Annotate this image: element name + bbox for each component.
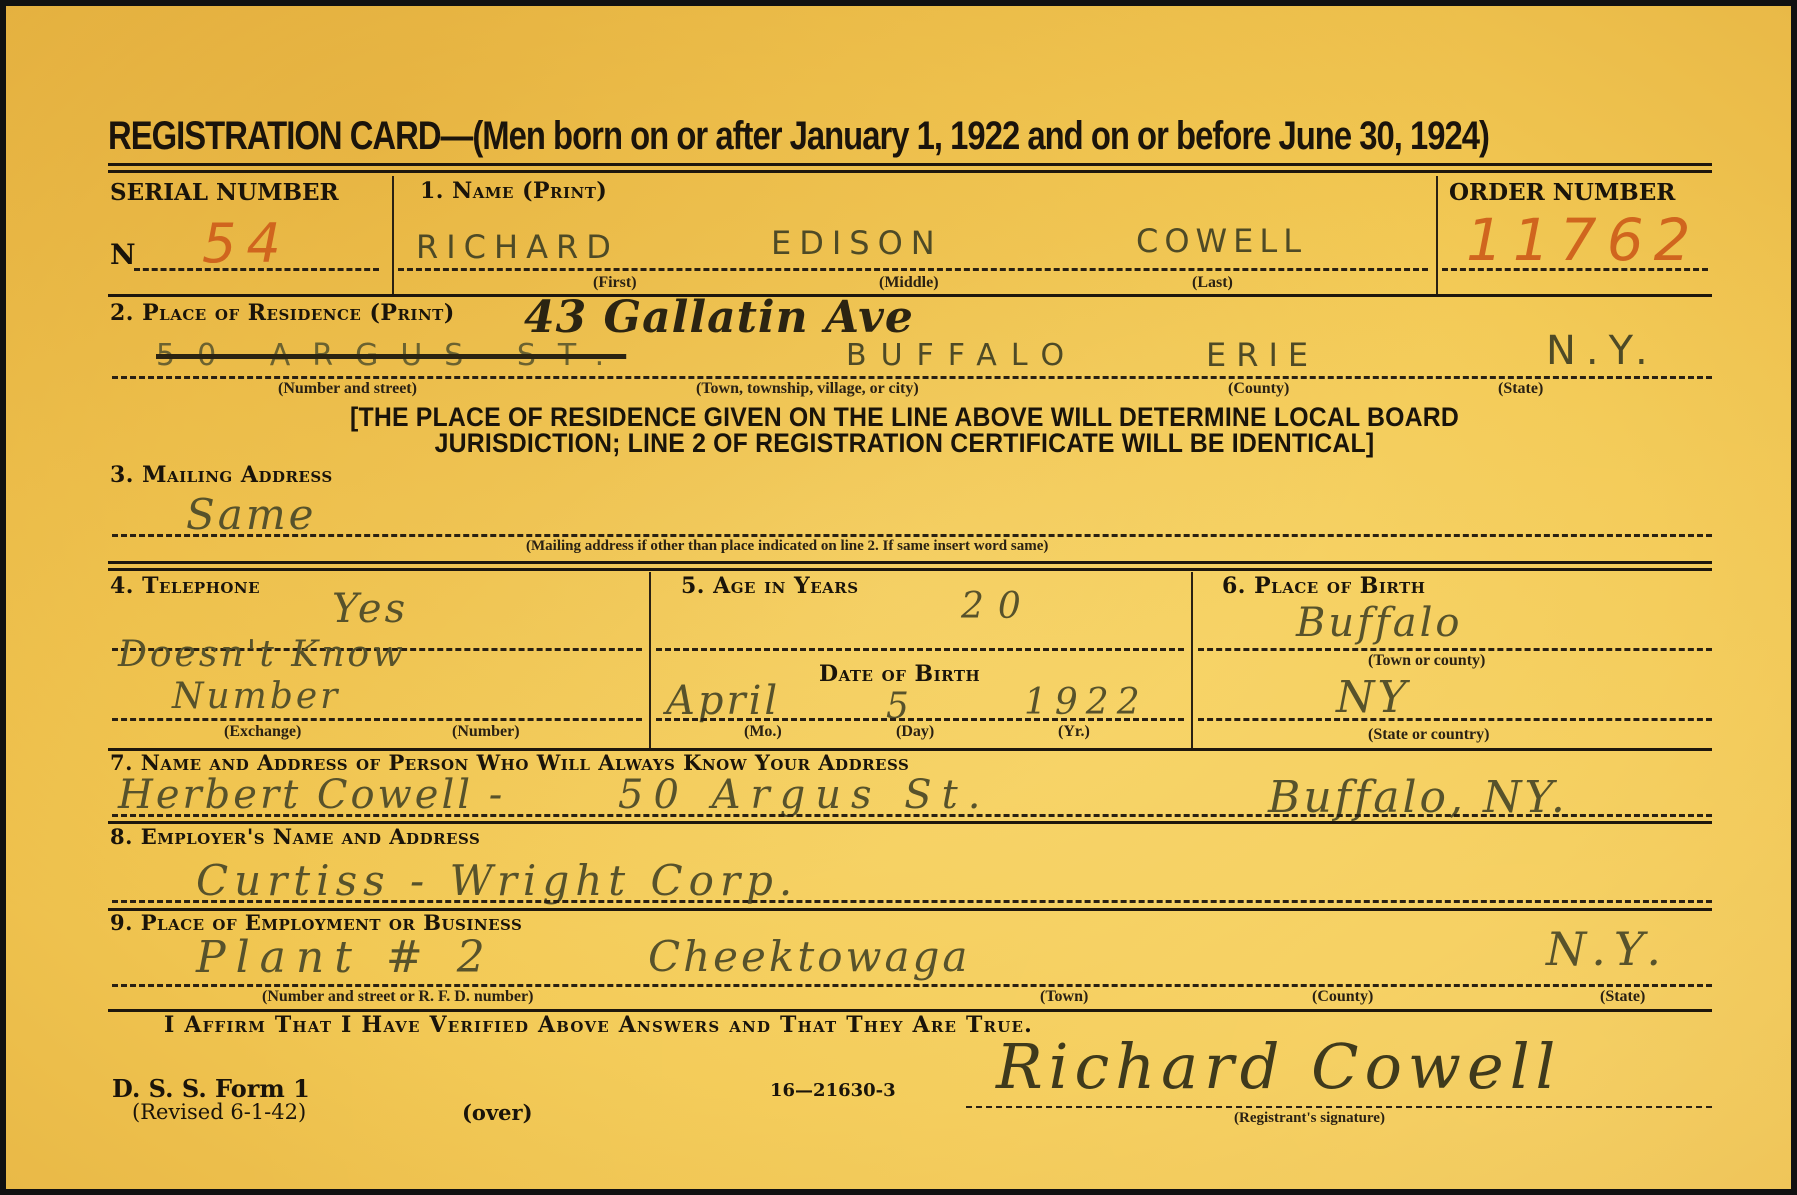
employment-town-value: Cheektowaga [648, 932, 970, 981]
telephone-value-line3: Number [172, 676, 340, 717]
order-number-value: 11762 [1466, 206, 1701, 274]
contact-address-value: 50 Argus St. [618, 772, 990, 818]
signature-caption: (Registrant's signature) [1234, 1110, 1385, 1127]
column-divider [392, 176, 394, 294]
employer-line [112, 900, 1712, 903]
employment-state-caption: (State) [1600, 988, 1645, 1006]
divider [108, 568, 1712, 571]
employment-street-value: Plant # 2 [196, 932, 495, 983]
exchange-caption: (Exchange) [224, 723, 301, 741]
employment-street-caption: (Number and street or R. F. D. number) [262, 988, 533, 1006]
last-caption: (Last) [1192, 274, 1233, 292]
last-name-value: COWELL [1136, 222, 1307, 260]
first-name-value: RICHARD [416, 228, 619, 266]
employer-value: Curtiss - Wright Corp. [196, 856, 798, 905]
form-revised: (Revised 6-1-42) [132, 1100, 306, 1124]
birthplace-label: 6. Place of Birth [1222, 573, 1425, 599]
serial-prefix: N [110, 238, 136, 271]
serial-number-label: SERIAL NUMBER [110, 179, 339, 206]
birthplace-state-value: NY [1336, 672, 1410, 723]
employment-state-value: N.Y. [1546, 922, 1669, 976]
employer-label: 8. Employer's Name and Address [110, 824, 480, 849]
middle-name-value: EDISON [771, 224, 943, 262]
telephone-line [112, 718, 642, 721]
age-line [656, 648, 1184, 651]
birthplace-town-caption: (Town or county) [1368, 652, 1485, 670]
middle-caption: (Middle) [879, 274, 939, 292]
residence-street-corrected: 43 Gallatin Ave [524, 292, 914, 343]
birthplace-line [1198, 718, 1712, 721]
birthplace-state-caption: (State or country) [1368, 726, 1489, 744]
divider [108, 170, 1712, 173]
registration-card: REGISTRATION CARD—(Men born on or after … [6, 6, 1791, 1189]
employment-line [112, 984, 1712, 987]
contact-line [112, 814, 1712, 817]
month-caption: (Mo.) [744, 723, 782, 741]
day-caption: (Day) [896, 723, 934, 741]
jurisdiction-notice-line2: JURISDICTION; LINE 2 OF REGISTRATION CER… [78, 428, 1731, 459]
town-caption: (Town, township, village, or city) [696, 380, 919, 398]
signature-line [966, 1106, 1712, 1108]
first-caption: (First) [593, 274, 637, 292]
residence-state-value: N.Y. [1546, 328, 1658, 374]
birthplace-line [1198, 648, 1712, 651]
residence-label: 2. Place of Residence (Print) [110, 300, 455, 326]
column-divider [1436, 176, 1438, 294]
dob-year-value: 1922 [1024, 682, 1148, 723]
form-name: D. S. S. Form 1 [112, 1074, 310, 1103]
residence-street-struck: 50 ARGUS ST. [156, 338, 626, 373]
print-code: 16—21630-3 [770, 1080, 896, 1101]
serial-number-value: 54 [202, 212, 291, 275]
card-title: REGISTRATION CARD—(Men born on or after … [108, 114, 1489, 159]
mailing-label: 3. Mailing Address [110, 462, 333, 488]
street-caption: (Number and street) [278, 380, 417, 398]
number-caption: (Number) [452, 723, 520, 741]
residence-town-value: BUFFALO [846, 338, 1078, 373]
mailing-value: Same [186, 490, 317, 539]
birthplace-town-value: Buffalo [1296, 600, 1463, 646]
name-line [398, 268, 1428, 271]
state-caption: (State) [1498, 380, 1543, 398]
over-note: (over) [462, 1100, 533, 1125]
column-divider [649, 572, 651, 748]
county-caption: (County) [1228, 380, 1289, 398]
affirmation-text: I Affirm That I Have Verified Above Answ… [164, 1012, 1033, 1038]
telephone-label: 4. Telephone [110, 573, 260, 599]
mailing-line [112, 534, 1712, 537]
divider [108, 561, 1712, 564]
telephone-value-line1: Yes [332, 586, 408, 632]
residence-line [112, 376, 1712, 379]
mailing-caption: (Mailing address if other than place ind… [526, 538, 1048, 555]
year-caption: (Yr.) [1058, 723, 1090, 741]
name-label: 1. Name (Print) [420, 178, 607, 204]
divider [108, 163, 1712, 166]
residence-county-value: ERIE [1206, 336, 1318, 374]
contact-name-value: Herbert Cowell - [118, 772, 505, 818]
serial-line [134, 268, 379, 271]
employment-town-caption: (Town) [1040, 988, 1088, 1006]
employment-county-caption: (County) [1312, 988, 1373, 1006]
telephone-value-line2: Doesn't Know [118, 634, 406, 675]
dob-line [656, 718, 1184, 721]
column-divider [1191, 572, 1193, 748]
dob-label: Date of Birth [819, 661, 980, 687]
age-label: 5. Age in Years [681, 573, 859, 599]
order-number-label: ORDER NUMBER [1449, 179, 1675, 206]
registrant-signature: Richard Cowell [996, 1030, 1561, 1103]
order-line [1442, 268, 1708, 271]
age-value: 20 [961, 586, 1035, 627]
